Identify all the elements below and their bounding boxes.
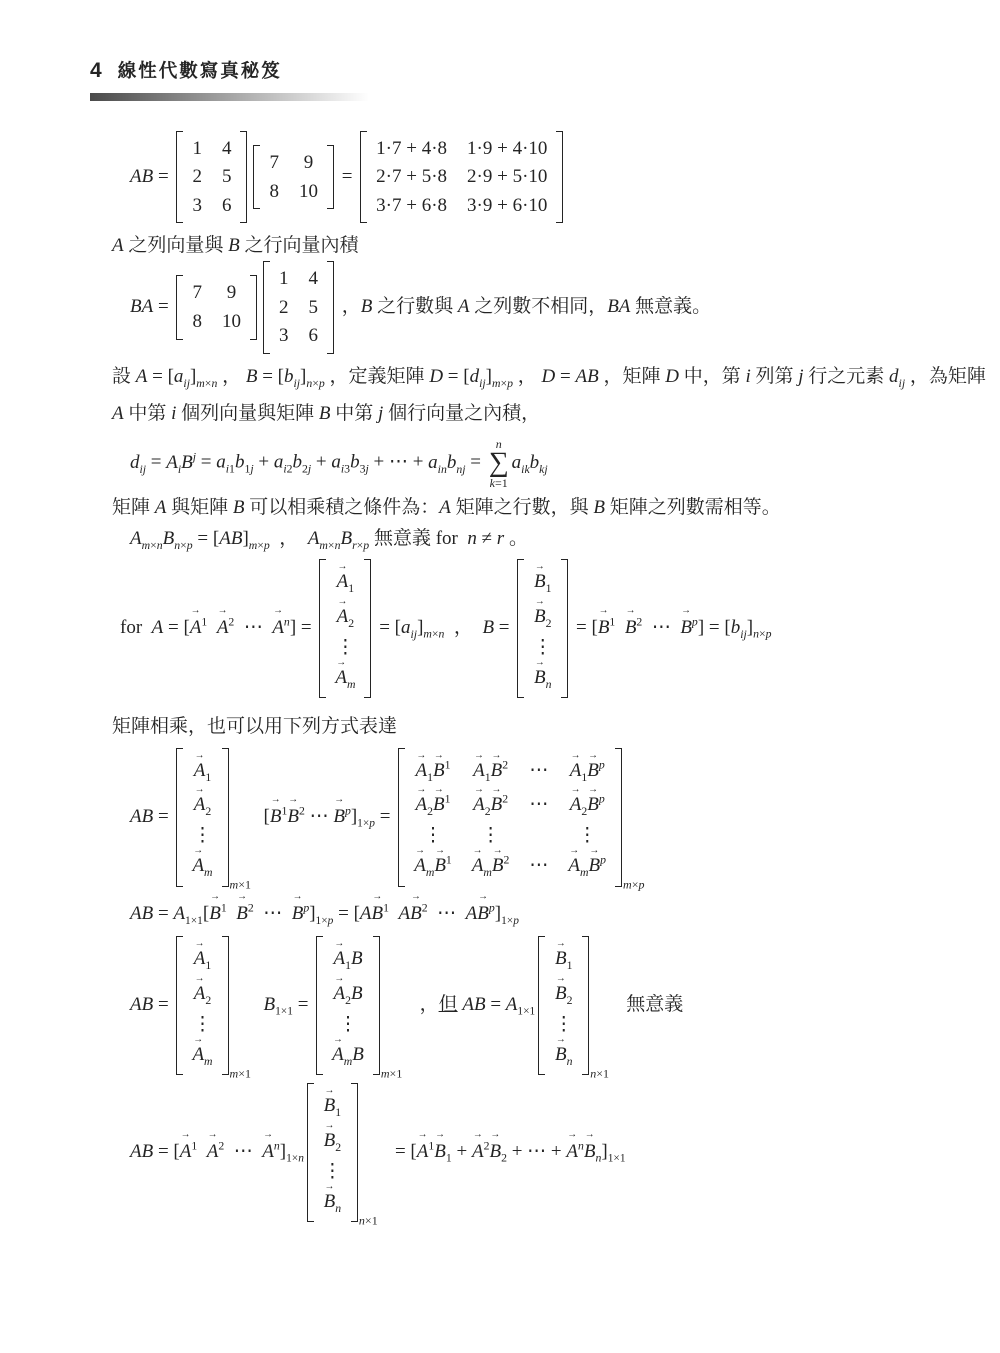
formula-for-a-b-decomposition: for A = [A1 A2 ⋯ An] = A1A2⋮Am = [aij]m×…	[120, 559, 1000, 698]
header-title-row: 4 線性代數寫真秘笈	[90, 55, 1000, 88]
page-number: 4	[90, 55, 102, 88]
text-row-column-inner-product: A 之列向量與 B 之行向量內積	[112, 231, 1000, 260]
formula-size-condition: Am×nBn×p = [AB]m×p ， Am×nBr×p 無意義 for n …	[130, 524, 940, 553]
book-title: 線性代數寫真秘笈	[118, 57, 282, 86]
header-gradient-rule	[90, 93, 400, 101]
document-page: 4 線性代數寫真秘笈 AB = 14253679810 = 1·7 + 4·81…	[0, 0, 1000, 1353]
formula-ab-row-of-columns: AB = A1×1[B1 B2 ⋯ Bp]1×p = [AB1 AB2 ⋯ AB…	[130, 899, 940, 928]
formula-dij-sum: dij = AiBj = ai1b1j + ai2b2j + ai3b3j + …	[130, 438, 940, 489]
formula-ab-sum-of-products: AB = [A1 A2 ⋯ An]1×nB1B2⋮Bnn×1 = [A1B1 +…	[130, 1083, 940, 1222]
page-header: 4 線性代數寫真秘笈	[0, 0, 1000, 101]
formula-ba-undefined-example: BA = 79810142536 ，B 之行數與 A 之列數不相同，BA 無意義…	[130, 261, 940, 354]
page-body: AB = 14253679810 = 1·7 + 4·81·9 + 4·102·…	[0, 131, 1000, 1223]
text-alternative-expressions: 矩陣相乘，也可以用下列方式表達	[112, 712, 1000, 741]
formula-ab-numeric-example: AB = 14253679810 = 1·7 + 4·81·9 + 4·102·…	[130, 131, 940, 224]
formula-ab-outer-product-matrix: AB = A1A2⋮Amm×1 [B1B2 ⋯ Bp]1×p = A1B1A1B…	[130, 748, 940, 887]
formula-ab-column-of-rows: AB = A1A2⋮Amm×1 B1×1 = A1BA2B⋮AmBm×1 ，但 …	[130, 936, 940, 1075]
paragraph-definition-d-matrix: 設 A = [aij]m×n ， B = [bij]n×p ，定義矩陣 D = …	[112, 358, 1000, 432]
text-multiplication-condition: 矩陣 A 與矩陣 B 可以相乘積之條件為：A 矩陣之行數，與 B 矩陣之列數需相…	[112, 493, 1000, 522]
